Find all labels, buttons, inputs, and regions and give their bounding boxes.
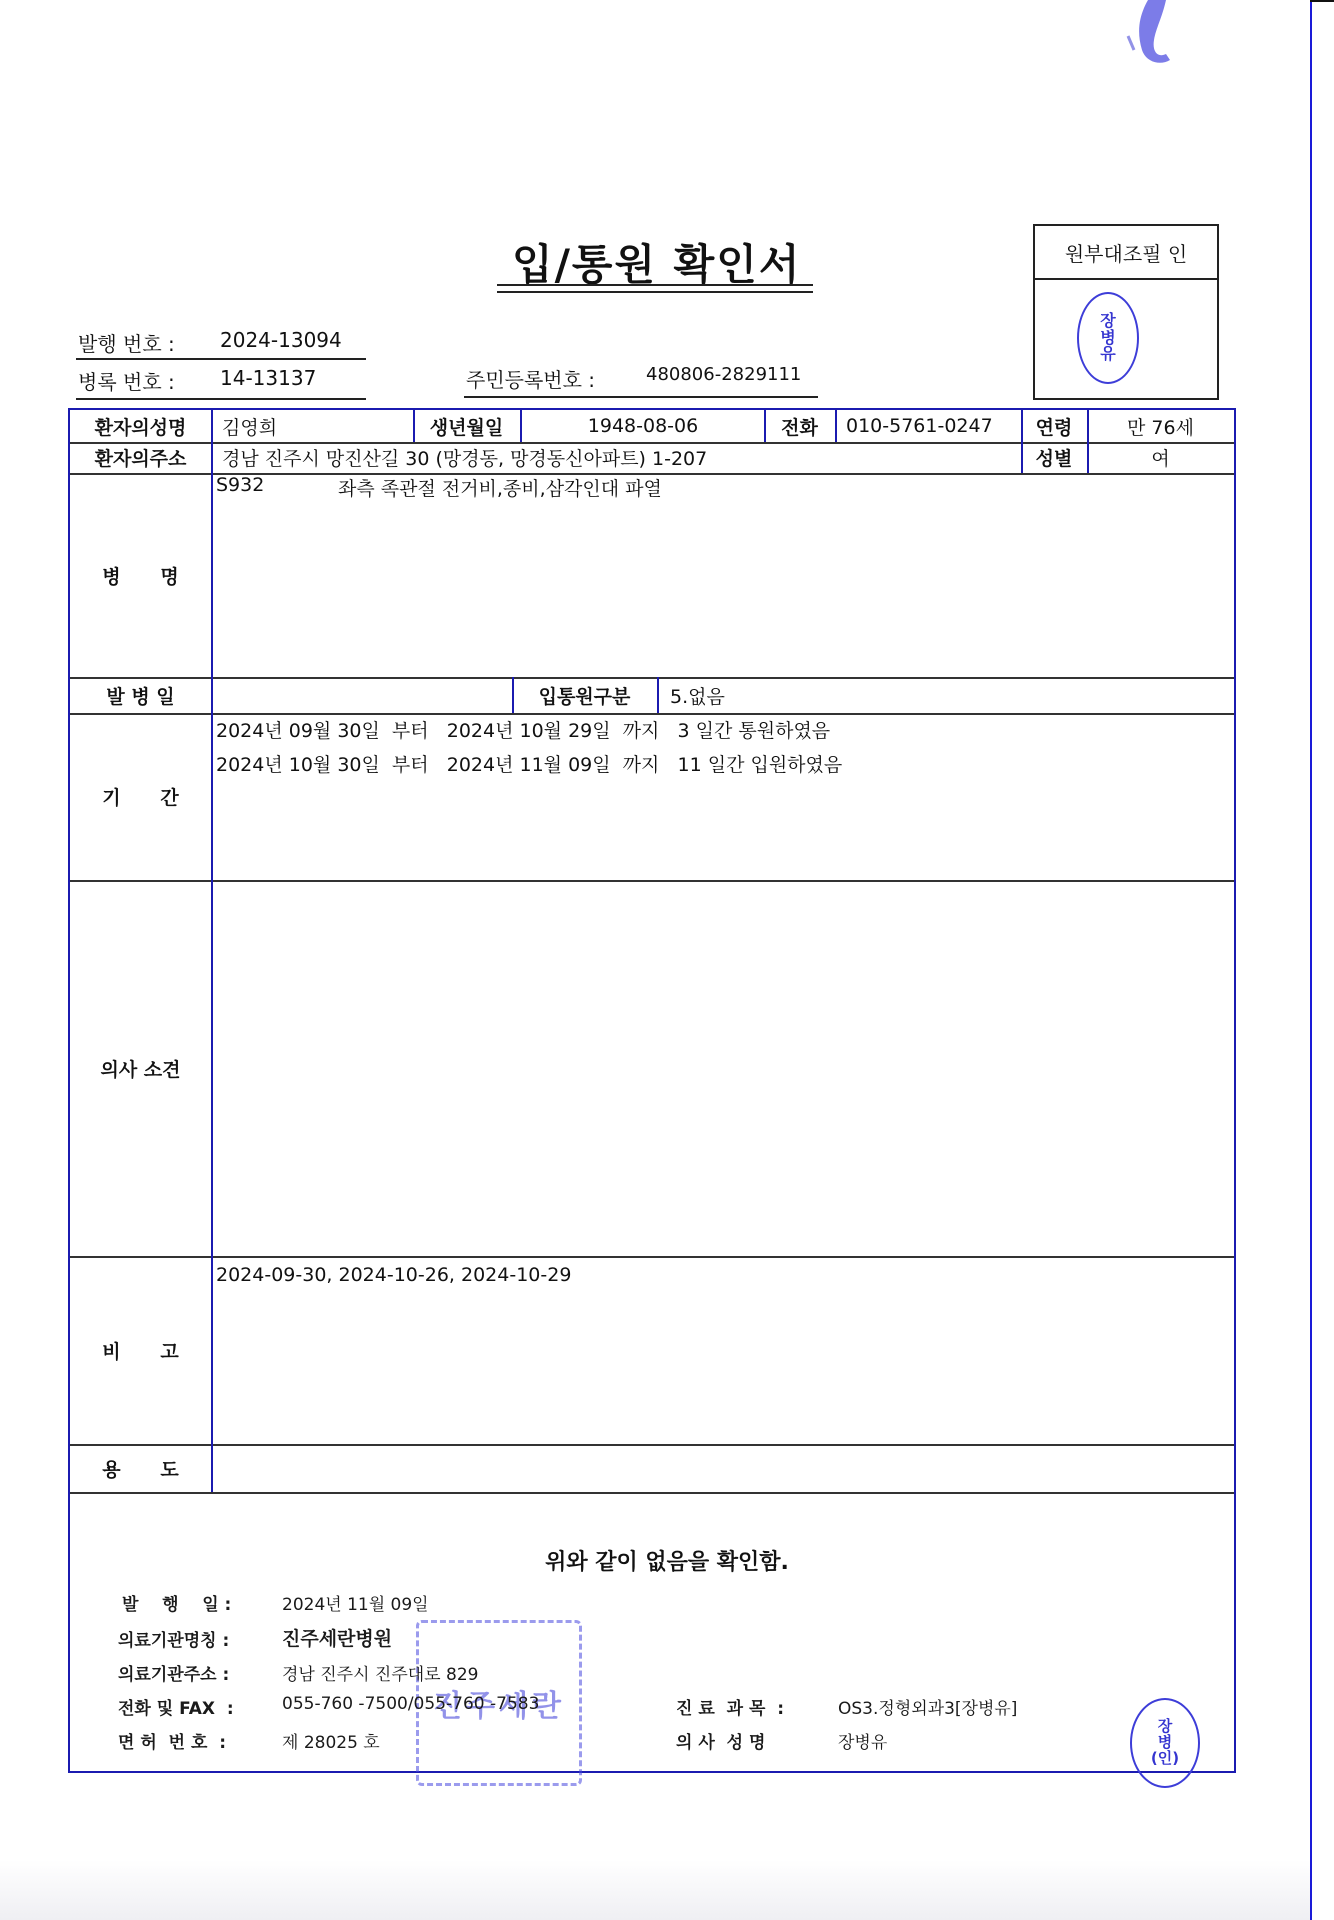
issue-date-label: 발 행 일 : <box>122 1590 231 1615</box>
resident-number-label: 주민등록번호 : <box>466 364 595 393</box>
phone-fax-label: 전화 및 FAX : <box>118 1694 234 1719</box>
diagnosis-code: S932 <box>216 474 264 496</box>
birth-date: 1948-08-06 <box>522 410 764 442</box>
document-title: 입/통원 확인서 <box>508 232 805 296</box>
license-number-label: 면 허 번 호 : <box>118 1728 226 1753</box>
patient-address-label: 환자의주소 <box>70 442 211 473</box>
age-label: 연령 <box>1021 410 1087 442</box>
remarks-label: 비 고 <box>70 1256 211 1444</box>
period-label: 기 간 <box>70 713 211 880</box>
hospital-address: 경남 진주시 진주대로 829 <box>282 1660 478 1685</box>
doctor-name-label: 의 사 성 명 <box>676 1728 765 1753</box>
doctor-opinion-label: 의사 소견 <box>70 880 211 1256</box>
license-number: 제 28025 호 <box>282 1728 380 1753</box>
issue-date: 2024년 11월 09일 <box>282 1590 429 1615</box>
seal-char: (인) <box>1151 1751 1179 1767</box>
resident-number: 480806-2829111 <box>646 364 801 385</box>
purpose-label: 용 도 <box>70 1444 211 1492</box>
remarks-value: 2024-09-30, 2024-10-26, 2024-10-29 <box>216 1264 571 1286</box>
phone-fax: 055-760 -7500/055-760 -7583 <box>282 1694 539 1714</box>
hospital-address-label: 의료기관주소 : <box>118 1660 229 1685</box>
stamp-box-label: 원부대조필 인 <box>1035 226 1217 280</box>
issue-number: 2024-13094 <box>220 328 342 352</box>
department-label: 진 료 과 목 : <box>676 1694 784 1719</box>
title-underline <box>497 284 813 286</box>
scan-shadow <box>0 1860 1310 1920</box>
record-number-label: 병록 번호 : <box>78 366 175 395</box>
page-edge-corner <box>1310 0 1334 2</box>
patient-name-label: 환자의성명 <box>70 410 211 442</box>
confirmation-statement: 위와 같이 없음을 확인함. <box>0 1545 1334 1576</box>
issue-number-label: 발행 번호 : <box>78 328 175 357</box>
stamp-fragment-icon <box>1118 0 1188 68</box>
sex-label: 성별 <box>1021 442 1087 473</box>
diagnosis-name: 좌측 족관절 전거비,종비,삼각인대 파열 <box>338 474 662 501</box>
hospital-name: 진주세란병원 <box>282 1624 392 1651</box>
onset-date-label: 발 병 일 <box>70 677 211 713</box>
meta-underline <box>76 358 366 360</box>
doctor-seal-icon: 장 병 유 <box>1077 292 1139 384</box>
visit-type: 5.없음 <box>670 677 725 713</box>
hospital-name-label: 의료기관명칭 : <box>118 1626 229 1651</box>
birth-date-label: 생년월일 <box>413 410 520 442</box>
seal-char: 유 <box>1100 346 1115 363</box>
doctor-name: 장병유 <box>838 1728 887 1753</box>
phone-label: 전화 <box>764 410 835 442</box>
patient-sex: 여 <box>1087 442 1234 473</box>
patient-name: 김영희 <box>222 410 277 442</box>
meta-underline <box>464 396 818 398</box>
diagnosis-label: 병 명 <box>70 473 211 677</box>
meta-underline <box>76 398 366 400</box>
department: OS3.정형외과3[장병유] <box>838 1694 1017 1719</box>
verification-stamp-box: 원부대조필 인 장 병 유 <box>1033 224 1219 400</box>
record-number: 14-13137 <box>220 366 316 390</box>
patient-address: 경남 진주시 망진산길 30 (망경동, 망경동신아파트) 1-207 <box>222 442 707 473</box>
patient-phone: 010-5761-0247 <box>846 410 993 442</box>
title-underline <box>497 291 813 293</box>
patient-age: 만 76세 <box>1087 410 1234 442</box>
visit-type-label: 입통원구분 <box>512 677 657 713</box>
page-edge-line <box>1310 0 1312 1920</box>
doctor-signature-seal-icon: 장 병 (인) <box>1130 1698 1200 1788</box>
period-line-inpatient: 2024년 10월 30일 부터 2024년 11월 09일 까지 11 일간 … <box>216 750 842 777</box>
period-line-outpatient: 2024년 09월 30일 부터 2024년 10월 29일 까지 3 일간 통… <box>216 716 830 743</box>
